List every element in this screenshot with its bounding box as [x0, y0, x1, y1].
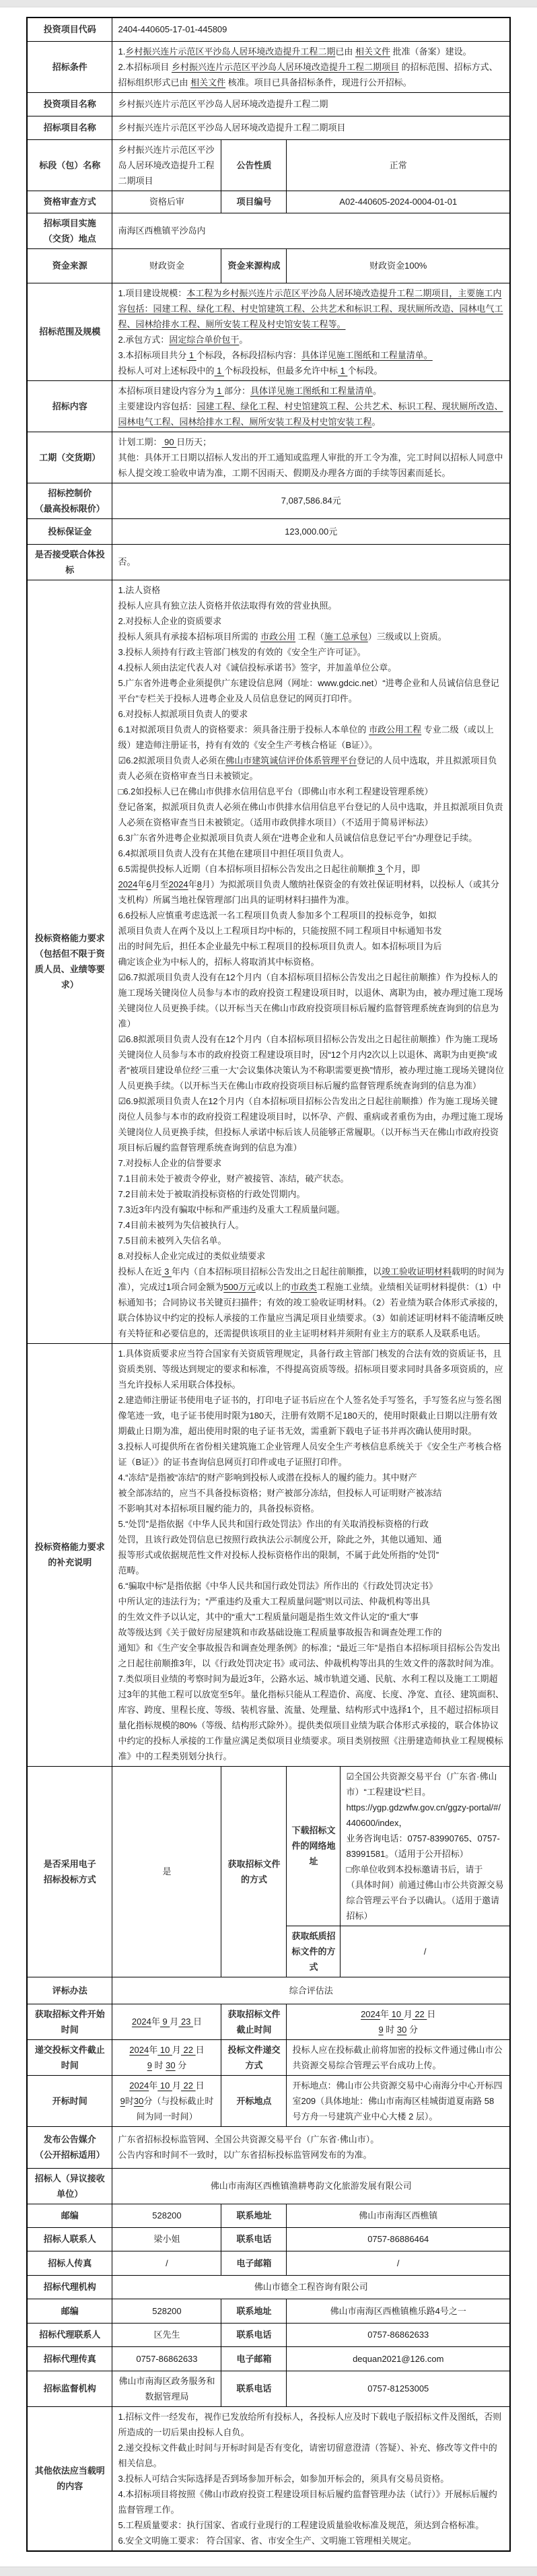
row-investment-project-name: 投资项目名称 乡村振兴连片示范区平沙岛人居环境改造提升工程二期 — [27, 92, 510, 116]
row-tenderer-fax: 招标人传真 / 电子邮箱 / — [27, 2251, 510, 2275]
row-qualification-review: 资格审查方式 资格后审 项目编号 A02-440605-2024-0004-01… — [27, 191, 510, 213]
row-tenderer: 招标人（异议接收单位） 佛山市南海区西樵镇渔耕粤韵文化旅游发展有限公司 — [27, 2168, 510, 2204]
tender-project-name-label: 招标项目名称 — [27, 116, 112, 139]
qualification-review-label: 资格审查方式 — [27, 191, 112, 213]
submission-method-label: 投标文件递交方式 — [221, 2039, 287, 2075]
row-agency: 招标代理机构 佛山市德全工程咨询有限公司 — [27, 2275, 510, 2299]
row-control-price: 招标控制价 （最高投标限价） 7,087,586.84元 — [27, 483, 510, 518]
row-supervision: 招标监督机构 佛山市南海区政务服务和数据管理局 联系电话 0757-812530… — [27, 2371, 510, 2406]
tenderer-email-label: 电子邮箱 — [221, 2251, 287, 2275]
row-fund-source: 资金来源 财政资金 资金来源构成 财政资金100% — [27, 248, 510, 283]
tenderer-label: 招标人（异议接收单位） — [27, 2168, 112, 2204]
agency-postcode-value: 528200 — [112, 2299, 221, 2323]
control-price-label: 招标控制价 （最高投标限价） — [27, 483, 112, 518]
agency-phone-value: 0757-86862633 — [287, 2323, 510, 2346]
bid-bond-value: 123,000.00元 — [112, 518, 510, 544]
tender-content-value: 本招标项目建设内容分为 1 部分：具体详见施工图纸和工程量清单。 主要建设内容包… — [112, 380, 510, 432]
tenderer-postcode-value: 528200 — [112, 2204, 221, 2227]
row-tender-conditions: 招标条件 1.乡村振兴连片示范区平沙岛人居环境改造提升工程二期已由 相关文件 批… — [27, 41, 510, 92]
consortium-value: 否。 — [112, 544, 510, 580]
opening-time-value: 2024年 10 月 22 日 9时30分（与投标截止时间为同一时间） — [112, 2075, 221, 2126]
agency-fax-value: 0757-86862633 — [112, 2346, 221, 2371]
supervision-phone-value: 0757-81253005 — [287, 2371, 510, 2406]
row-agency-postcode: 邮编 528200 联系地址 佛山市南海区西樵镇樵乐路4号之一 — [27, 2299, 510, 2323]
scope-scale-label: 招标范围及规模 — [27, 283, 112, 380]
agency-postcode-label: 邮编 — [27, 2299, 112, 2323]
investment-project-name-value: 乡村振兴连片示范区平沙岛人居环境改造提升工程二期 — [112, 92, 510, 116]
row-tender-content: 招标内容 本招标项目建设内容分为 1 部分：具体详见施工图纸和工程量清单。 主要… — [27, 380, 510, 432]
tenderer-postcode-label: 邮编 — [27, 2204, 112, 2227]
tenderer-fax-value: / — [112, 2251, 221, 2275]
qualification-supplement-value: 1.具体资质要求应当符合国家有关资质管理规定，具备行政主管部门核发的合法有效的资… — [112, 1343, 510, 1766]
paper-method-label: 获取纸质招标文件的方式 — [287, 1926, 341, 1977]
page-bottom-strip — [0, 2567, 537, 2576]
row-tender-project-name: 招标项目名称 乡村振兴连片示范区平沙岛人居环境改造提升工程二期项目 — [27, 116, 510, 139]
doc-deadline-label: 获取招标文件截止时间 — [221, 2004, 287, 2039]
download-address-value: ☑全国公共资源交易平台（广东省·佛山市）“工程建设”栏目。 https://yg… — [341, 1766, 510, 1926]
submission-deadline-value: 2024年 10 月 22 日 9 时 30 分 — [112, 2039, 221, 2075]
qualification-requirements-label: 投标资格能力要求（包括但不限于资质人员、业绩等要求） — [27, 580, 112, 1343]
doc-deadline-value: 2024年 10 月 22 日 9 时 30 分 — [287, 2004, 510, 2039]
agency-contact-value: 区先生 — [112, 2323, 221, 2346]
agency-label: 招标代理机构 — [27, 2275, 112, 2299]
row-section-name: 标段（包）名称 乡村振兴连片示范区平沙岛人居环境改造提升工程二期项目 公告性质 … — [27, 139, 510, 191]
row-opening: 开标时间 2024年 10 月 22 日 9时30分（与投标截止时间为同一时间）… — [27, 2075, 510, 2126]
notice-nature-value: 正常 — [287, 139, 510, 191]
electronic-bidding-value: 是 — [112, 1766, 221, 1977]
fund-composition-value: 财政资金100% — [287, 248, 510, 283]
row-doc-times: 获取招标文件开始时间 2024年 9 月 23 日 获取招标文件截止时间 202… — [27, 2004, 510, 2039]
construction-period-label: 工期（交货期） — [27, 432, 112, 483]
row-agency-contact: 招标代理联系人 区先生 联系电话 0757-86862633 — [27, 2323, 510, 2346]
page-top-strip — [0, 0, 537, 7]
scope-scale-value: 1.项目建设规模：本工程为乡村振兴连片示范区平沙岛人居环境改造提升工程二期项目，… — [112, 283, 510, 380]
fund-source-label: 资金来源 — [27, 248, 112, 283]
supervision-value: 佛山市南海区政务服务和数据管理局 — [112, 2371, 221, 2406]
agency-email-label: 电子邮箱 — [221, 2346, 287, 2371]
electronic-bidding-label: 是否采用电子 招标投标方式 — [27, 1766, 112, 1977]
bid-bond-label: 投标保证金 — [27, 518, 112, 544]
implementation-place-value: 南海区西樵镇平沙岛内 — [112, 213, 510, 248]
qualification-supplement-label: 投标资格能力要求的补充说明 — [27, 1343, 112, 1766]
implementation-place-label: 招标项目实施 （交货）地点 — [27, 213, 112, 248]
tender-content-label: 招标内容 — [27, 380, 112, 432]
paper-method-value: / — [341, 1926, 510, 1977]
announcement-media-label: 发布公告媒介 （公开招标适用） — [27, 2126, 112, 2168]
opening-place-value: 开标地点：佛山市公共资源交易中心南海分中心开标四室209（具体地址：佛山市南海区… — [287, 2075, 510, 2126]
supervision-phone-label: 联系电话 — [221, 2371, 287, 2406]
evaluation-method-value: 综合评估法 — [112, 1977, 510, 2004]
fund-composition-label: 资金来源构成 — [221, 248, 287, 283]
tenderer-address-label: 联系地址 — [221, 2204, 287, 2227]
project-number-value: A02-440605-2024-0004-01-01 — [287, 191, 510, 213]
doc-start-time-label: 获取招标文件开始时间 — [27, 2004, 112, 2039]
row-submission: 递交投标文件截止时间 2024年 10 月 22 日 9 时 30 分 投标文件… — [27, 2039, 510, 2075]
submission-method-value: 投标人应在投标截止前将加密的投标文件通过佛山市公共资源交易综合管理云平台成功上传… — [287, 2039, 510, 2075]
tender-project-name-value: 乡村振兴连片示范区平沙岛人居环境改造提升工程二期项目 — [112, 116, 510, 139]
download-address-label: 下载招标文件的网络地址 — [287, 1766, 341, 1926]
tenderer-phone-value: 0757-86886464 — [287, 2227, 510, 2251]
tenderer-contact-value: 梁小姐 — [112, 2227, 221, 2251]
investment-code-value: 2404-440605-17-01-445809 — [112, 18, 510, 41]
investment-code-label: 投资项目代码 — [27, 18, 112, 41]
row-consortium: 是否接受联合体投标 否。 — [27, 544, 510, 580]
opening-time-label: 开标时间 — [27, 2075, 112, 2126]
fund-source-value: 财政资金 — [112, 248, 221, 283]
tenderer-contact-label: 招标人联系人 — [27, 2227, 112, 2251]
agency-value: 佛山市德全工程咨询有限公司 — [112, 2275, 510, 2299]
tenderer-value: 佛山市南海区西樵镇渔耕粤韵文化旅游发展有限公司 — [112, 2168, 510, 2204]
tender-announcement-table: 投资项目代码 2404-440605-17-01-445809 招标条件 1.乡… — [26, 17, 511, 2552]
tenderer-address-value: 佛山市南海区西樵镇 — [287, 2204, 510, 2227]
row-agency-fax: 招标代理传真 0757-86862633 电子邮箱 dequan2021@126… — [27, 2346, 510, 2371]
row-other-content: 其他依法应当载明的内容 1.招标文件一经发布，视作已发放给所有投标人，各投标人应… — [27, 2406, 510, 2551]
tenderer-fax-label: 招标人传真 — [27, 2251, 112, 2275]
row-implementation-place: 招标项目实施 （交货）地点 南海区西樵镇平沙岛内 — [27, 213, 510, 248]
evaluation-method-label: 评标办法 — [27, 1977, 112, 2004]
tender-conditions-label: 招标条件 — [27, 41, 112, 92]
row-qualification-supplement: 投标资格能力要求的补充说明 1.具体资质要求应当符合国家有关资质管理规定，具备行… — [27, 1343, 510, 1766]
row-construction-period: 工期（交货期） 计划工期： 90 日历天； 其他：具体开工日期以招标人发出的开工… — [27, 432, 510, 483]
row-bid-bond: 投标保证金 123,000.00元 — [27, 518, 510, 544]
tender-conditions-value: 1.乡村振兴连片示范区平沙岛人居环境改造提升工程二期已由 相关文件 批准（备案）… — [112, 41, 510, 92]
agency-fax-label: 招标代理传真 — [27, 2346, 112, 2371]
announcement-media-value: 广东省招标投标监管网、全国公共资源交易平台（广东省·佛山市）。 公告内容和时间不… — [112, 2126, 510, 2168]
row-obtain-method-download: 是否采用电子 招标投标方式 是 获取招标文件的方式 下载招标文件的网络地址 ☑全… — [27, 1766, 510, 1926]
project-number-label: 项目编号 — [221, 191, 287, 213]
tenderer-email-value: / — [287, 2251, 510, 2275]
control-price-value: 7,087,586.84元 — [112, 483, 510, 518]
row-announcement-media: 发布公告媒介 （公开招标适用） 广东省招标投标监管网、全国公共资源交易平台（广东… — [27, 2126, 510, 2168]
doc-start-time-value: 2024年 9 月 23 日 — [112, 2004, 221, 2039]
row-evaluation-method: 评标办法 综合评估法 — [27, 1977, 510, 2004]
other-content-value: 1.招标文件一经发布，视作已发放给所有投标人，各投标人应及时下载电子版招标文件及… — [112, 2406, 510, 2551]
agency-address-value: 佛山市南海区西樵镇樵乐路4号之一 — [287, 2299, 510, 2323]
opening-place-label: 开标地点 — [221, 2075, 287, 2126]
submission-deadline-label: 递交投标文件截止时间 — [27, 2039, 112, 2075]
row-scope-scale: 招标范围及规模 1.项目建设规模：本工程为乡村振兴连片示范区平沙岛人居环境改造提… — [27, 283, 510, 380]
tenderer-phone-label: 联系电话 — [221, 2227, 287, 2251]
row-tenderer-postcode: 邮编 528200 联系地址 佛山市南海区西樵镇 — [27, 2204, 510, 2227]
agency-contact-label: 招标代理联系人 — [27, 2323, 112, 2346]
supervision-label: 招标监督机构 — [27, 2371, 112, 2406]
section-name-label: 标段（包）名称 — [27, 139, 112, 191]
construction-period-value: 计划工期： 90 日历天； 其他：具体开工日期以招标人发出的开工通知或监理人审批… — [112, 432, 510, 483]
section-name-value: 乡村振兴连片示范区平沙岛人居环境改造提升工程二期项目 — [112, 139, 221, 191]
other-content-label: 其他依法应当载明的内容 — [27, 2406, 112, 2551]
qualification-requirements-value: 1.法人资格 投标人应具有独立法人资格并依法取得有效的营业执照。 2.对投标人企… — [112, 580, 510, 1343]
notice-nature-label: 公告性质 — [221, 139, 287, 191]
qualification-review-value: 资格后审 — [112, 191, 221, 213]
agency-email-value: dequan2021@126.com — [287, 2346, 510, 2371]
investment-project-name-label: 投资项目名称 — [27, 92, 112, 116]
row-investment-code: 投资项目代码 2404-440605-17-01-445809 — [27, 18, 510, 41]
agency-phone-label: 联系电话 — [221, 2323, 287, 2346]
obtain-method-label: 获取招标文件的方式 — [221, 1766, 287, 1977]
row-qualification-requirements: 投标资格能力要求（包括但不限于资质人员、业绩等要求） 1.法人资格 投标人应具有… — [27, 580, 510, 1343]
agency-address-label: 联系地址 — [221, 2299, 287, 2323]
row-tenderer-contact: 招标人联系人 梁小姐 联系电话 0757-86886464 — [27, 2227, 510, 2251]
consortium-label: 是否接受联合体投标 — [27, 544, 112, 580]
